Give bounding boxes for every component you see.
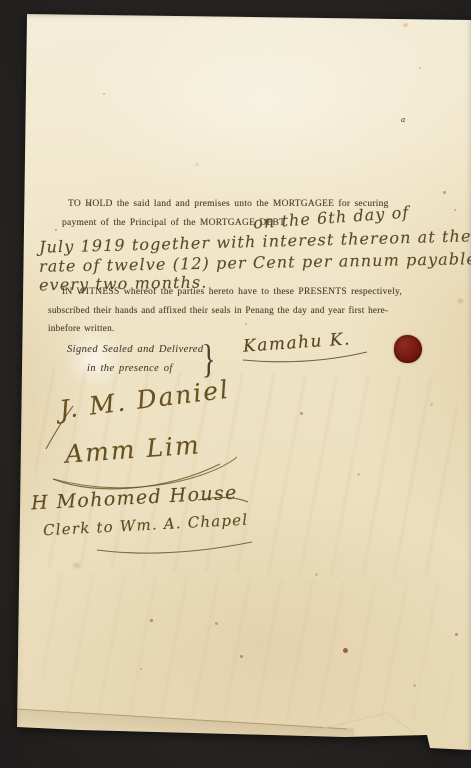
deed-paper: a TO HOLD the said land and premises unt… <box>15 13 471 755</box>
stain <box>443 191 446 194</box>
witness2-signature: Amm Lim <box>64 430 201 468</box>
bleedthrough-texture-lower <box>41 573 455 724</box>
paper-shadow-wrapper: a TO HOLD the said land and premises unt… <box>0 0 471 768</box>
stain <box>55 229 57 231</box>
attestation-line-2: in the presence of <box>87 363 173 374</box>
printed-line-to-hold-2: payment of the Principal of the MORTGAGE… <box>62 218 285 228</box>
stain <box>240 655 243 658</box>
fold-crease-shading <box>14 709 355 749</box>
stain <box>419 67 421 69</box>
stain <box>140 668 142 670</box>
stain <box>215 622 218 625</box>
stray-pen-mark: a <box>401 115 405 124</box>
stain <box>150 619 153 622</box>
flourish-and-crease-lines <box>15 13 471 755</box>
photo-of-mortgage-deed: { "colors": { "background": "#252321", "… <box>0 0 471 768</box>
printed-line-witness-3: inbefore written. <box>48 323 114 333</box>
clerk-title: Clerk to Wm. A. Chapel <box>43 511 249 540</box>
stain <box>300 412 303 415</box>
stain <box>103 93 105 95</box>
attestation-line-1: Signed Sealed and Delivered <box>67 344 204 355</box>
stain <box>455 633 458 636</box>
witness1-signature: J. M. Daniel <box>58 375 232 425</box>
stain <box>73 563 80 568</box>
stain <box>454 209 456 211</box>
mortgagor-signature: Kamahu K. <box>242 329 351 356</box>
stain <box>343 648 348 653</box>
clerk-signature: H Mohomed House <box>31 482 239 515</box>
printed-line-witness-2: subscribed their hands and affixed their… <box>48 305 388 315</box>
stain <box>245 323 247 325</box>
stain <box>458 299 463 303</box>
printed-line-witness-1: IN WITNESS whereof the parties hereto ha… <box>62 287 402 297</box>
stain <box>357 473 360 476</box>
stain <box>430 403 433 406</box>
stain <box>315 573 318 576</box>
attestation-brace: } <box>202 339 216 379</box>
stain <box>403 23 408 27</box>
stain <box>195 163 199 166</box>
stain <box>413 684 416 687</box>
wax-seal <box>394 335 422 363</box>
